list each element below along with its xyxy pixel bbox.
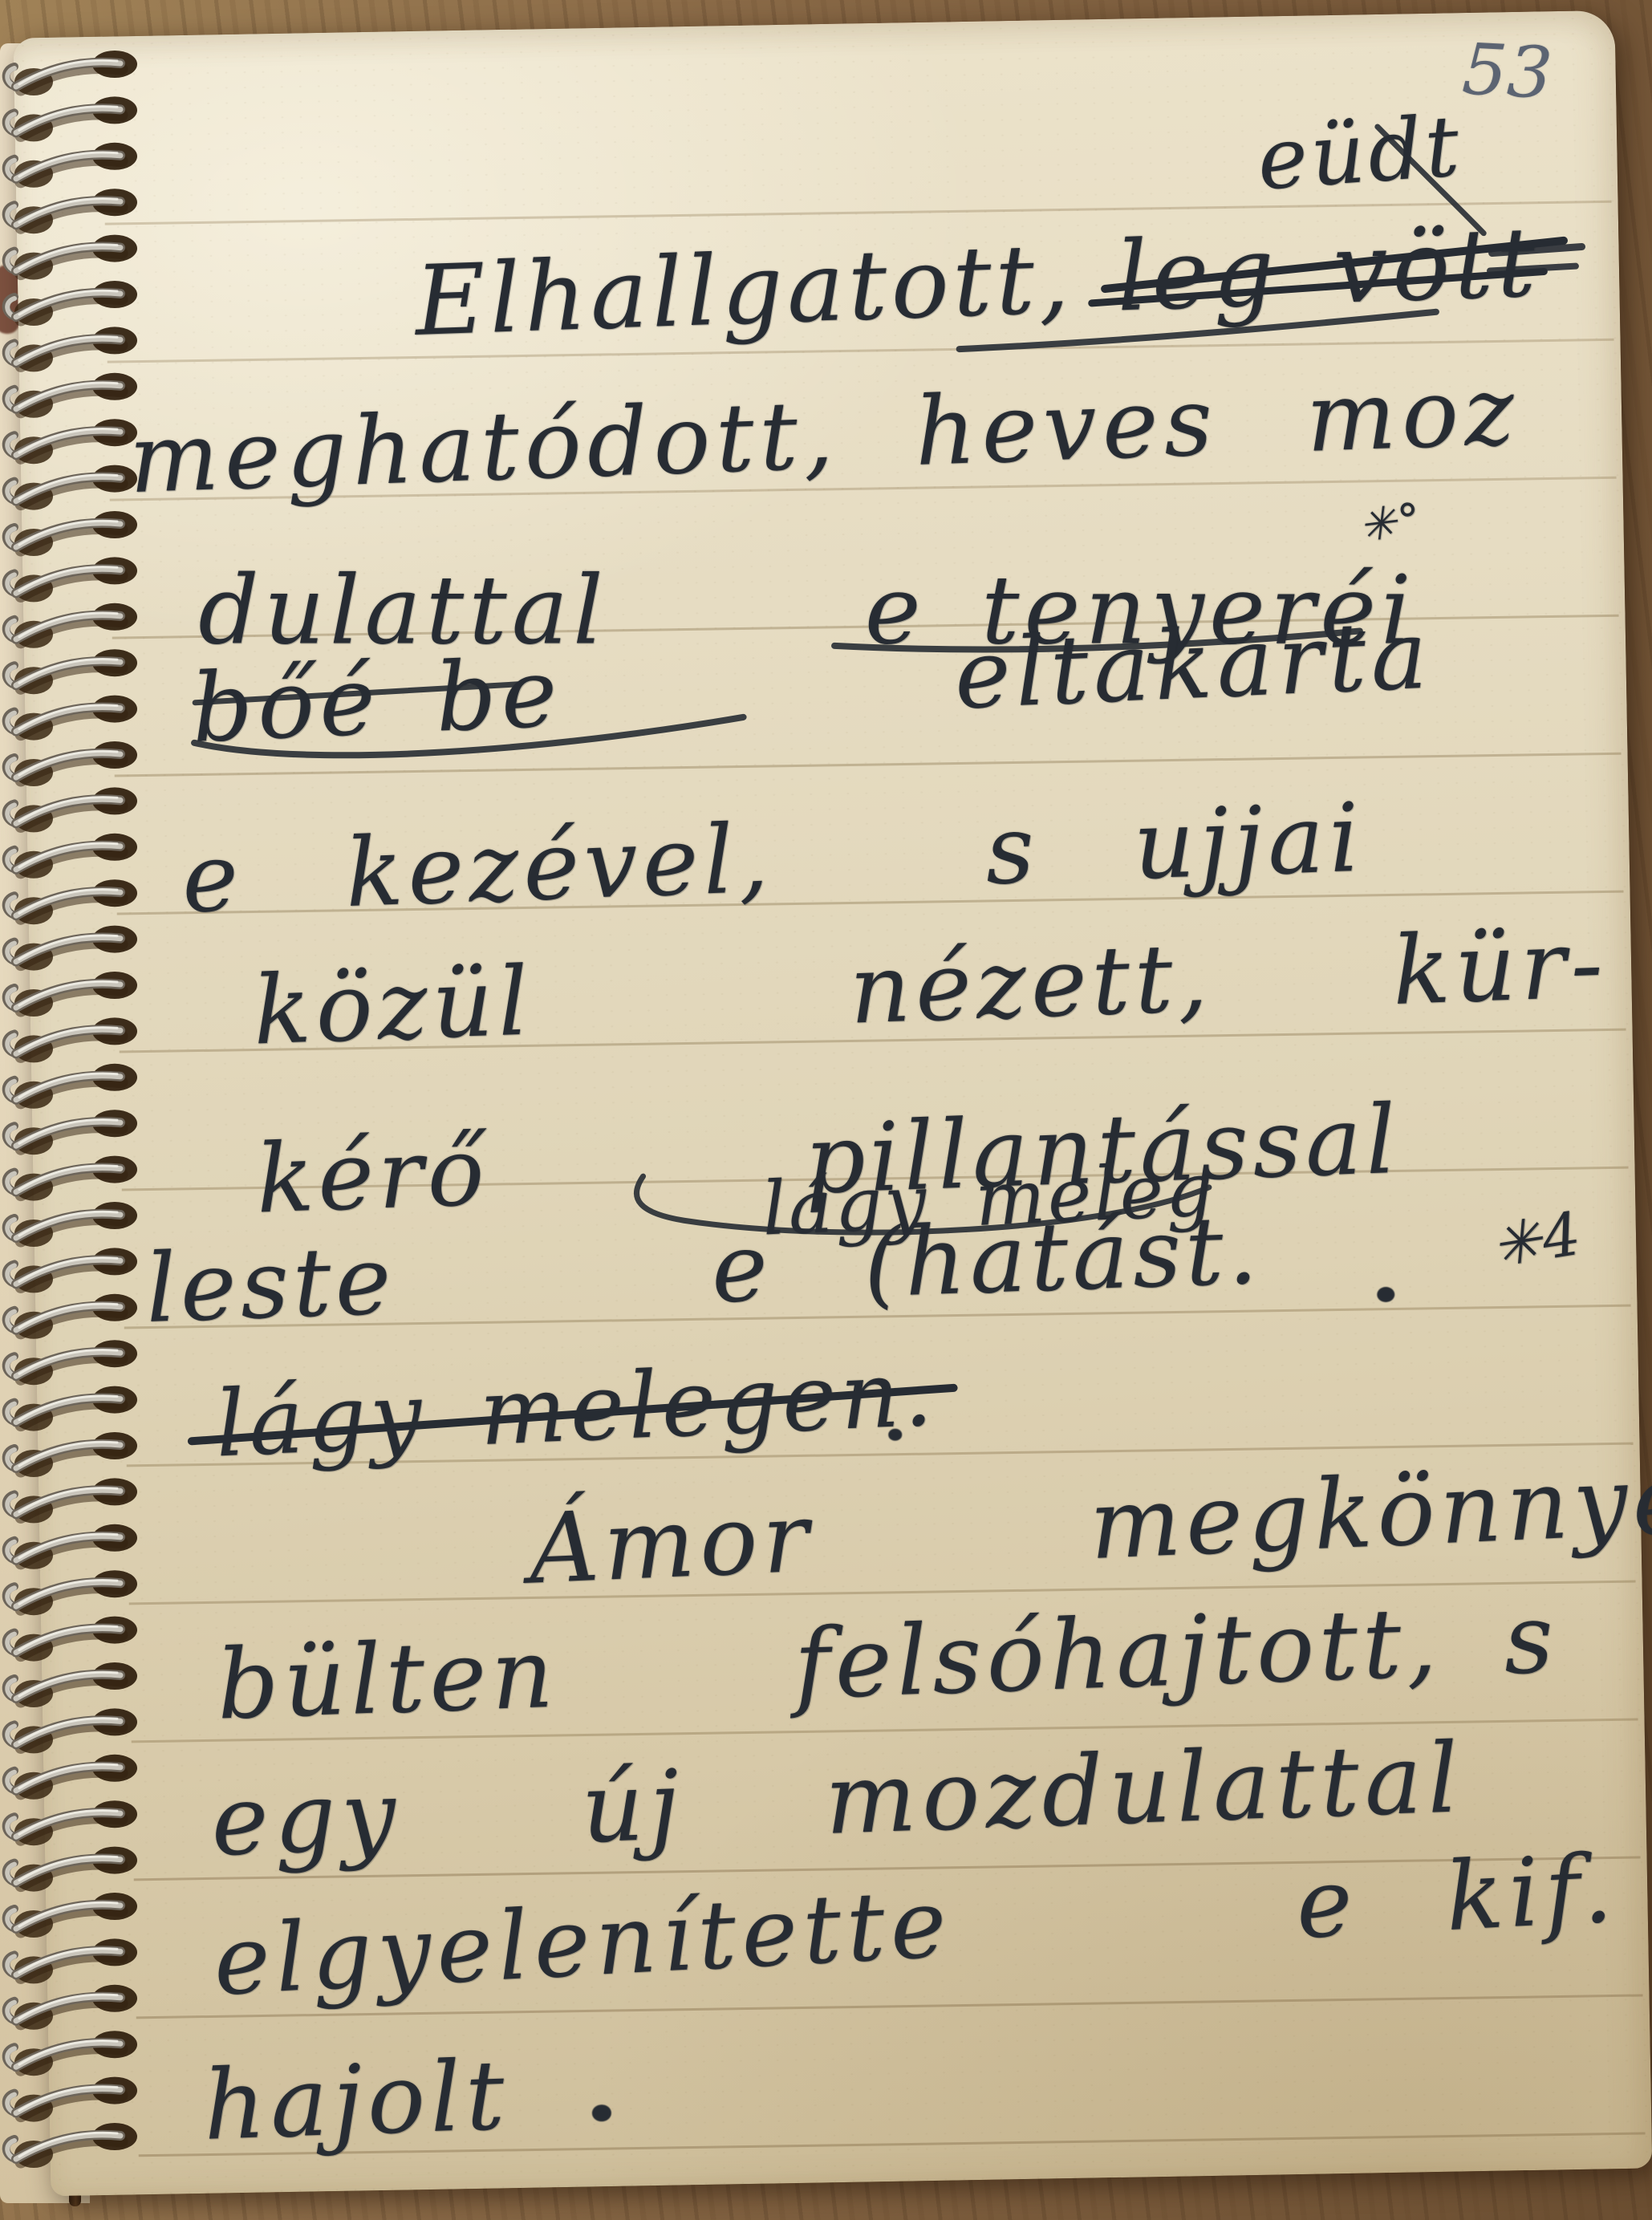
notebook-page: eüdtElhallgatott,leg vöttmeghatódott,hev…: [14, 10, 1652, 2196]
line-egy-uj-mozdulattal-word: egy: [209, 1759, 403, 1877]
line-kozul-nezett: közülnézett,kür-: [251, 908, 1609, 1066]
line-hajolt-word: hajolt: [201, 2040, 511, 2162]
line-leste-hatast-word: leste: [144, 1224, 396, 1344]
spiral-coil: [6, 281, 137, 326]
spiral-coil: [6, 419, 137, 464]
line-bulten-felsohajtott-word: bülten: [215, 1618, 560, 1742]
spiral-coil: [6, 557, 137, 602]
line-egy-uj-mozdulattal-word: új: [579, 1750, 686, 1865]
spiral-coil: [6, 373, 137, 418]
spiral-coil: [6, 972, 137, 1017]
line-elhallgatott-word: Elhallgatott,: [413, 223, 1074, 358]
spiral-coil: [6, 1893, 137, 1938]
photo-of-notebook: { "scene": {"width": 2059, "height": 276…: [0, 0, 1652, 2220]
line-kero-pillantassal-word: kérő: [254, 1116, 489, 1235]
line-hajolt: hajolt: [201, 2040, 511, 2162]
spiral-coil: [6, 1847, 137, 1892]
line-meghatodott: meghatódott,hevesmoz: [127, 355, 1521, 514]
spiral-coil: [6, 51, 137, 95]
spiral-coil: [6, 603, 137, 648]
line-crossed-lagymelegen-word: lágy melegen.: [213, 1339, 939, 1477]
spiral-coil: [6, 143, 137, 188]
spiral-coil: [6, 1064, 137, 1109]
line-kozul-nezett-word: kür-: [1390, 908, 1609, 1026]
line-meghatodott-word: heves: [913, 366, 1220, 487]
mark-star-4: ✳4: [1487, 1199, 1587, 1282]
line-kozul-nezett-word: nézett,: [847, 922, 1214, 1045]
spiral-coil: [6, 741, 137, 786]
line-elgyelenitette-kif-word: kif.: [1443, 1832, 1621, 1952]
line-leste-hatast-word: (hatást.: [862, 1194, 1263, 1318]
line-boebe-eltakarta-word: eltakarta: [952, 599, 1435, 730]
insert-mark-star-i: ✳°: [1356, 493, 1425, 553]
spiral-coil: [6, 1478, 137, 1523]
line-e-kezevel-ujjai-word: kezével,: [343, 802, 775, 928]
line-e-kezevel-ujjai-word: ujjai: [1131, 782, 1366, 901]
spiral-coil: [6, 189, 137, 233]
spiral-coil: [6, 834, 137, 879]
spiral-coil: [6, 926, 137, 971]
spiral-coil: [6, 879, 137, 924]
line-meghatodott-word: moz: [1304, 355, 1521, 473]
spiral-coil: [6, 1386, 137, 1431]
spiral-coil: [6, 2123, 137, 2168]
line-meghatodott-word: meghatódott,: [127, 379, 840, 514]
insert-word-top-word: eüdt: [1254, 97, 1465, 209]
line-leste-hatast-word: e: [709, 1211, 773, 1325]
spiral-coil: [6, 1432, 137, 1477]
line-amor-megkonnyeb-word: megkönnyeb-: [1087, 1439, 1652, 1581]
line-elgyelenitette-kif-word: elgyelenítette: [211, 1868, 955, 2017]
spiral-coil: [6, 2031, 137, 2076]
line-boebe-eltakarta-word: bőé be: [189, 637, 564, 764]
line-amor-megkonnyeb-word: Ámor: [527, 1482, 816, 1605]
line-e-kezevel-ujjai-word: s: [984, 793, 1041, 906]
spiral-coil: [6, 1985, 137, 2030]
spiral-coil: [6, 1708, 137, 1753]
line-bulten-felsohajtott-word: s: [1502, 1583, 1560, 1696]
line-elhallgatott-word: leg vött: [1115, 207, 1541, 333]
spiral-coil: [6, 1156, 137, 1201]
spiral-coil: [6, 465, 137, 510]
line-e-kezevel-ujjai-word: e: [181, 822, 246, 935]
spiral-coil: [6, 1800, 137, 1845]
spiral-coil: [6, 2077, 137, 2122]
spiral-coil: [6, 1755, 137, 1800]
ink-dot: [1377, 1287, 1394, 1302]
spiral-coil: [6, 327, 137, 371]
spiral-coil: [6, 1938, 137, 1983]
line-kozul-nezett-word: közül: [251, 945, 534, 1065]
spiral-coil: [6, 96, 137, 141]
ink-dot: [592, 2104, 611, 2121]
line-elgyelenitette-kif-word: e: [1293, 1846, 1361, 1960]
ink-dot: [888, 1429, 902, 1441]
mark-star-4-word: ✳4: [1487, 1199, 1587, 1282]
spiral-coil: [6, 1017, 137, 1062]
insert-word-top: eüdt: [1254, 97, 1465, 209]
spiral-coil: [6, 696, 137, 741]
spiral-coil: [6, 787, 137, 832]
line-egy-uj-mozdulattal-word: mozdulattal: [823, 1723, 1466, 1857]
line-bulten-felsohajtott: bültenfelsóhajtott,s: [215, 1583, 1560, 1741]
spiral-coil: [6, 1662, 137, 1707]
line-amor-megkonnyeb: Ámormegkönnyeb-: [527, 1439, 1652, 1606]
spiral-coil: [6, 1617, 137, 1662]
line-elhallgatott: Elhallgatott,leg vött: [413, 207, 1541, 358]
spiral-binding: [0, 0, 168, 2220]
spiral-coil: [6, 1294, 137, 1339]
line-crossed-lagymelegen: lágy melegen.: [213, 1339, 939, 1477]
line-e-kezevel-ujjai: ekezével,sujjai: [181, 782, 1366, 934]
line-bulten-felsohajtott-word: felsóhajtott,: [793, 1587, 1443, 1721]
spiral-coil: [6, 1570, 137, 1615]
spiral-coil: [6, 1202, 137, 1247]
spiral-coil: [6, 1524, 137, 1569]
insert-mark-star-i-word: ✳°: [1356, 493, 1425, 553]
spiral-coil: [6, 1340, 137, 1385]
spiral-coil: [6, 1110, 137, 1155]
spiral-coil: [6, 1248, 137, 1293]
spiral-coil: [6, 511, 137, 556]
handwriting-layer: eüdtElhallgatott,leg vöttmeghatódott,hev…: [14, 10, 1652, 2196]
spiral-coil: [6, 235, 137, 280]
spiral-coil: [6, 649, 137, 694]
